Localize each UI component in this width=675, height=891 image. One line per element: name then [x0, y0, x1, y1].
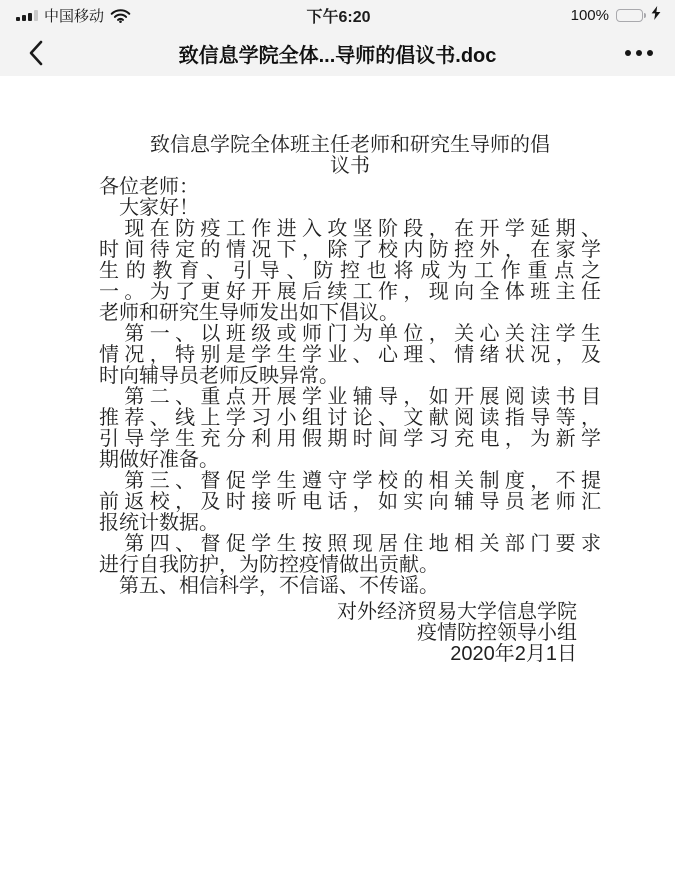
document-line: 议书: [99, 156, 601, 177]
document-line: 推荐、线上学习小组讨论、文献阅读指导等，: [99, 408, 601, 429]
signature-line: 2020年2月1日: [99, 644, 577, 665]
charging-bolt-icon: [651, 6, 661, 24]
chevron-left-icon: [28, 40, 43, 66]
document-line: 情况，特别是学生学业、心理、情绪状况，及: [99, 345, 601, 366]
nav-bar: 致信息学院全体...导师的倡议书.doc: [0, 30, 675, 76]
signature-line: 对外经济贸易大学信息学院: [99, 602, 577, 623]
document-line: 期做好准备。: [99, 450, 601, 471]
document-line: 一。为了更好开展后续工作，现向全体班主任: [99, 282, 601, 303]
document-view[interactable]: 致信息学院全体班主任老师和研究生导师的倡议书各位老师： 大家好！ 现在防疫工作进…: [0, 76, 675, 665]
document-line: 报统计数据。: [99, 513, 601, 534]
document-line: 第二、重点开展学业辅导，如开展阅读书目: [99, 387, 601, 408]
clock-label: 下午6:20: [306, 4, 370, 27]
more-button[interactable]: [621, 42, 657, 64]
battery-full-icon: [616, 9, 646, 22]
document-line: 生的教育、引导、防控也将成为工作重点之: [99, 261, 601, 282]
document-line: 进行自我防护，为防控疫情做出贡献。: [99, 555, 601, 576]
document-line: 大家好！: [99, 198, 601, 219]
document-line: 第四、督促学生按照现居住地相关部门要求: [99, 534, 601, 555]
top-chrome: 中国移动 下午6:20 100%: [0, 0, 675, 76]
document-line: 时间待定的情况下，除了校内防控外，在家学: [99, 240, 601, 261]
carrier-label: 中国移动: [44, 5, 104, 26]
document-line: 引导学生充分利用假期时间学习充电，为新学: [99, 429, 601, 450]
signature-block: 对外经济贸易大学信息学院疫情防控领导小组2020年2月1日: [99, 602, 601, 665]
status-bar-left: 中国移动: [16, 5, 306, 26]
document-line: 前返校，及时接听电话，如实向辅导员老师汇: [99, 492, 601, 513]
status-bar-right: 100%: [371, 6, 661, 24]
status-bar: 中国移动 下午6:20 100%: [0, 0, 675, 30]
battery-percent-label: 100%: [571, 7, 609, 24]
wifi-icon: [110, 7, 131, 23]
document-line: 各位老师：: [99, 177, 601, 198]
cellular-signal-icon: [16, 10, 38, 21]
document-line: 致信息学院全体班主任老师和研究生导师的倡: [99, 135, 601, 156]
back-button[interactable]: [28, 36, 62, 70]
document-line: 老师和研究生导师发出如下倡议。: [99, 303, 601, 324]
document-title: 致信息学院全体...导师的倡议书.doc: [70, 39, 605, 68]
document-line: 第一、以班级或师门为单位，关心关注学生: [99, 324, 601, 345]
signature-line: 疫情防控领导小组: [99, 623, 577, 644]
document-line: 现在防疫工作进入攻坚阶段，在开学延期、: [99, 219, 601, 240]
document-line: 第五、相信科学，不信谣、不传谣。: [99, 576, 601, 597]
document-line: 时向辅导员老师反映异常。: [99, 366, 601, 387]
document-line: 第三、督促学生遵守学校的相关制度，不提: [99, 471, 601, 492]
document-lines: 致信息学院全体班主任老师和研究生导师的倡议书各位老师： 大家好！ 现在防疫工作进…: [99, 135, 601, 597]
ellipsis-icon: [625, 50, 631, 56]
phone-screen: 中国移动 下午6:20 100%: [0, 0, 675, 891]
